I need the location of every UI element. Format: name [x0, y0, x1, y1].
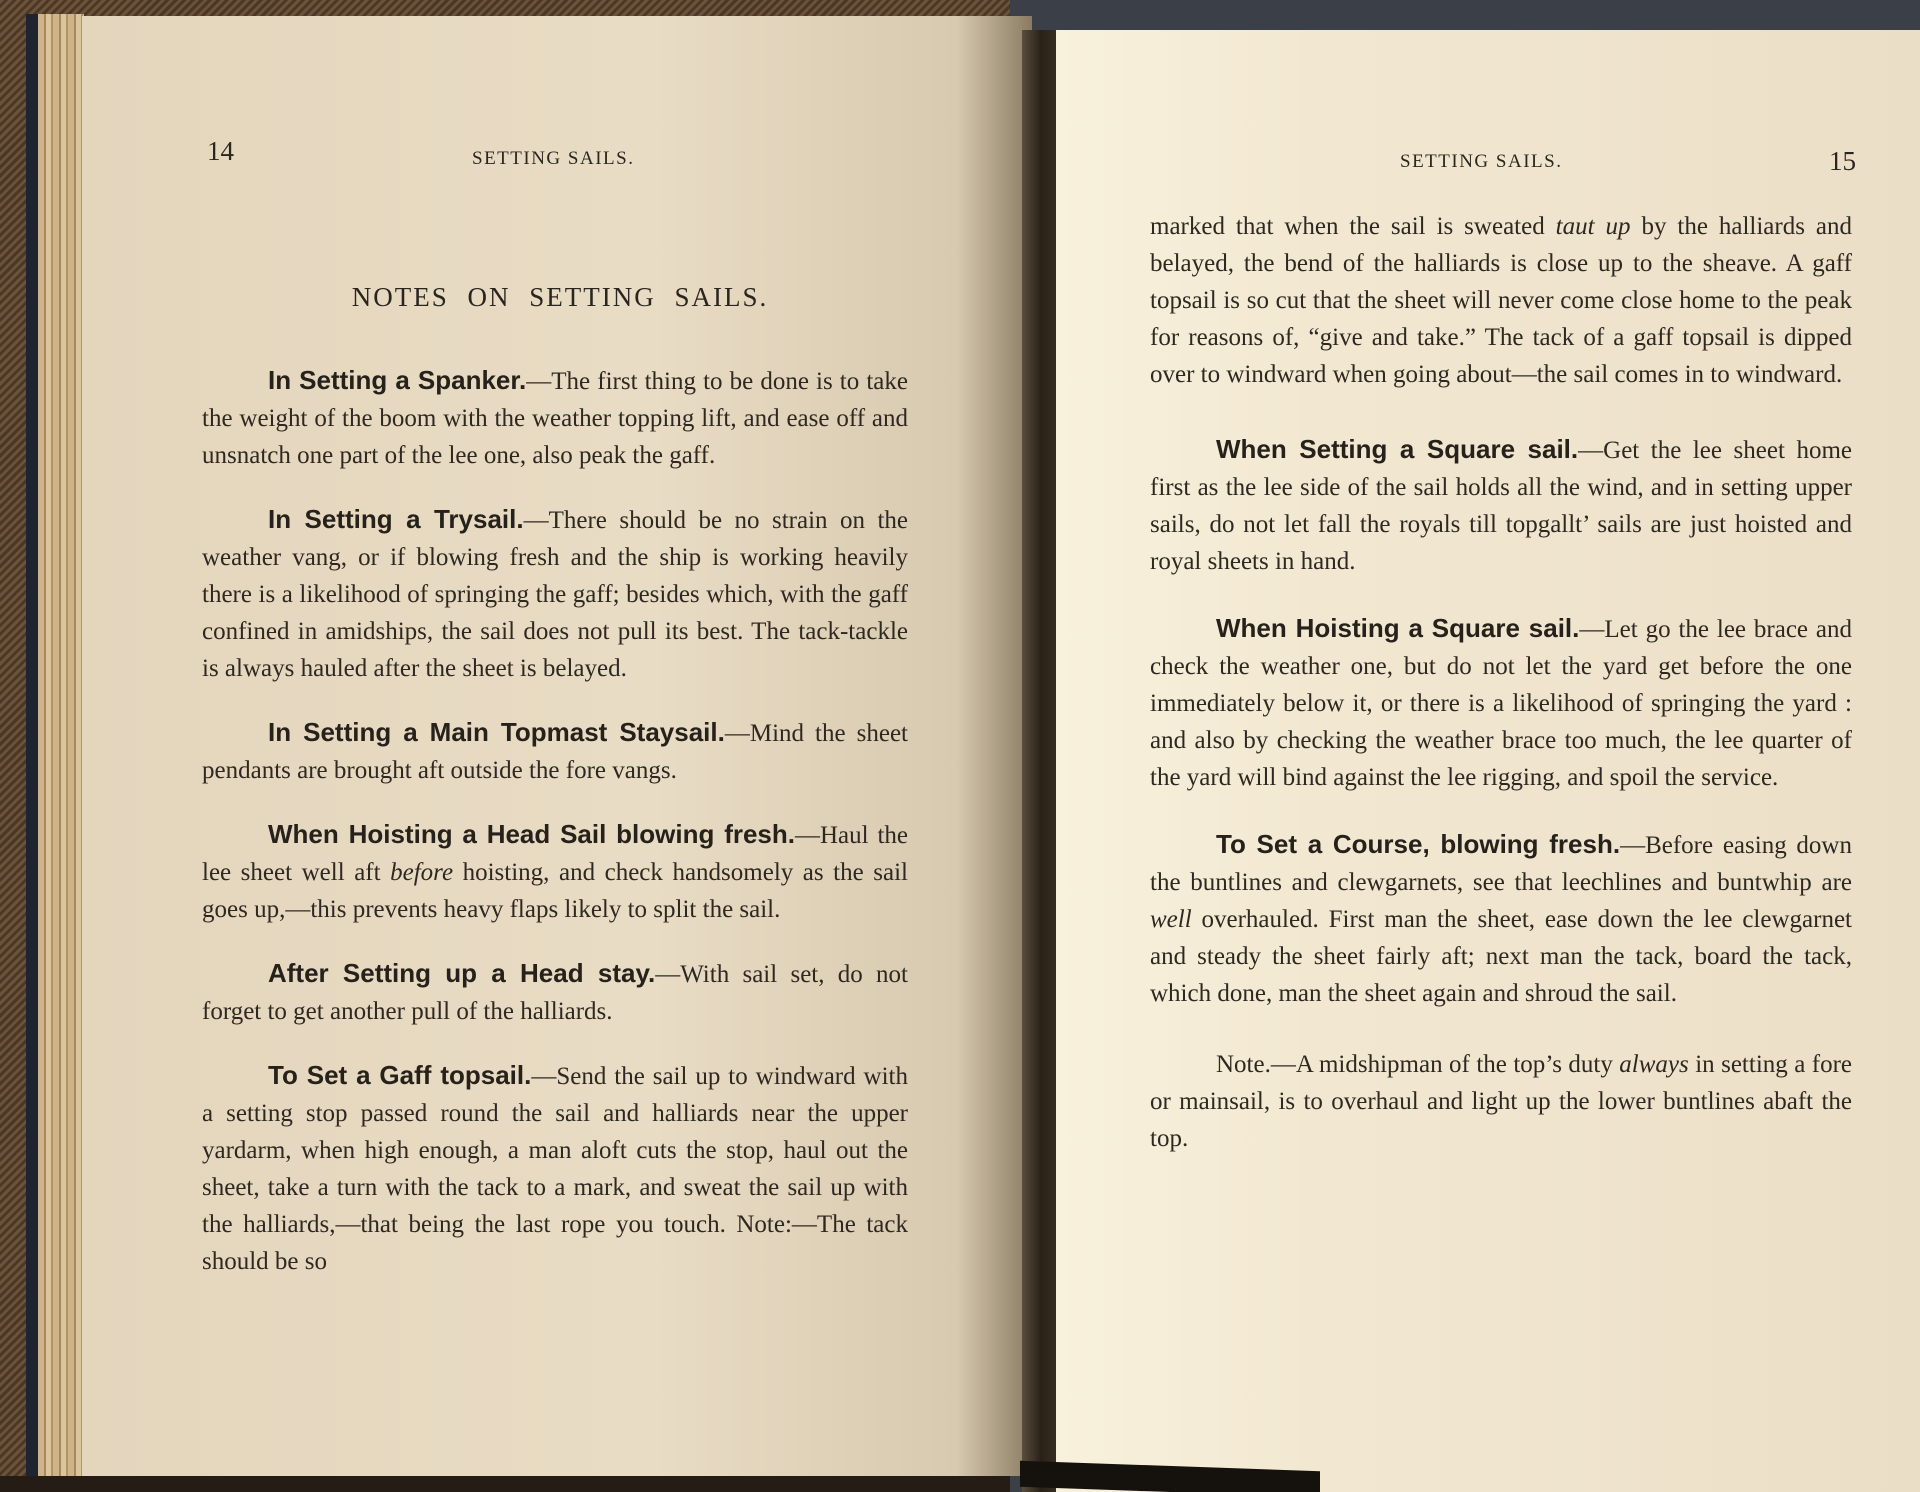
left-running-head: SETTING SAILS.: [472, 148, 634, 170]
paragraph-spanker: In Setting a Spanker.—The first thing to…: [202, 362, 908, 474]
emphasis: well: [1150, 906, 1192, 933]
paragraph-main-topmast-staysail: In Setting a Main Topmast Staysail.—Mind…: [202, 714, 908, 789]
paragraph-body: —A midshipman of the top’s duty: [1271, 1051, 1619, 1078]
emphasis: before: [390, 859, 453, 886]
paragraph-body: marked that when the sail is sweated: [1150, 213, 1556, 240]
paragraph-heading: When Setting a Square sail.: [1216, 434, 1578, 464]
left-page-number: 14: [207, 136, 234, 167]
paragraph-heading: To Set a Course, blowing fresh.: [1216, 829, 1620, 859]
paragraph-heading: In Setting a Spanker.: [268, 365, 526, 395]
paragraph-heading: To Set a Gaff topsail.: [268, 1060, 531, 1090]
paragraph-note: Note.—A midshipman of the top’s duty alw…: [1150, 1046, 1852, 1157]
paragraph-head-sail: When Hoisting a Head Sail blowing fresh.…: [202, 816, 908, 928]
paragraph-trysail: In Setting a Trysail.—There should be no…: [202, 501, 908, 687]
paragraph-setting-square-sail: When Setting a Square sail.—Get the lee …: [1150, 431, 1852, 580]
right-page-text: marked that when the sail is sweated tau…: [1150, 208, 1852, 1184]
paragraph-heading: In Setting a Main Topmast Staysail.: [268, 717, 725, 747]
left-page-text: In Setting a Spanker.—The first thing to…: [202, 362, 908, 1307]
note-label: Note.: [1216, 1051, 1271, 1078]
emphasis: taut up: [1556, 213, 1631, 240]
paragraph-continuation: marked that when the sail is sweated tau…: [1150, 208, 1852, 393]
paragraph-set-course: To Set a Course, blowing fresh.—Before e…: [1150, 826, 1852, 1012]
paragraph-hoisting-square-sail: When Hoisting a Square sail.—Let go the …: [1150, 610, 1852, 796]
paragraph-gaff-topsail: To Set a Gaff topsail.—Send the sail up …: [202, 1057, 908, 1280]
paragraph-heading: After Setting up a Head stay.: [268, 958, 655, 988]
page-stack-edges: [38, 14, 84, 1476]
book-cover-top: [0, 0, 1010, 16]
emphasis: always: [1619, 1051, 1688, 1078]
paragraph-body: overhauled. First man the sheet, ease do…: [1150, 906, 1852, 1007]
paragraph-head-stay: After Setting up a Head stay.—With sail …: [202, 955, 908, 1030]
chapter-title: NOTES ON SETTING SAILS.: [200, 282, 920, 313]
paragraph-heading: When Hoisting a Square sail.: [1216, 613, 1579, 643]
book-cover-bottom: [0, 1476, 1010, 1492]
paragraph-body: —Send the sail up to windward with a set…: [202, 1063, 908, 1275]
paragraph-heading: When Hoisting a Head Sail blowing fresh.: [268, 819, 795, 849]
paragraph-heading: In Setting a Trysail.: [268, 504, 524, 534]
right-page-number: 15: [1829, 146, 1856, 177]
right-running-head: SETTING SAILS.: [1400, 151, 1562, 173]
